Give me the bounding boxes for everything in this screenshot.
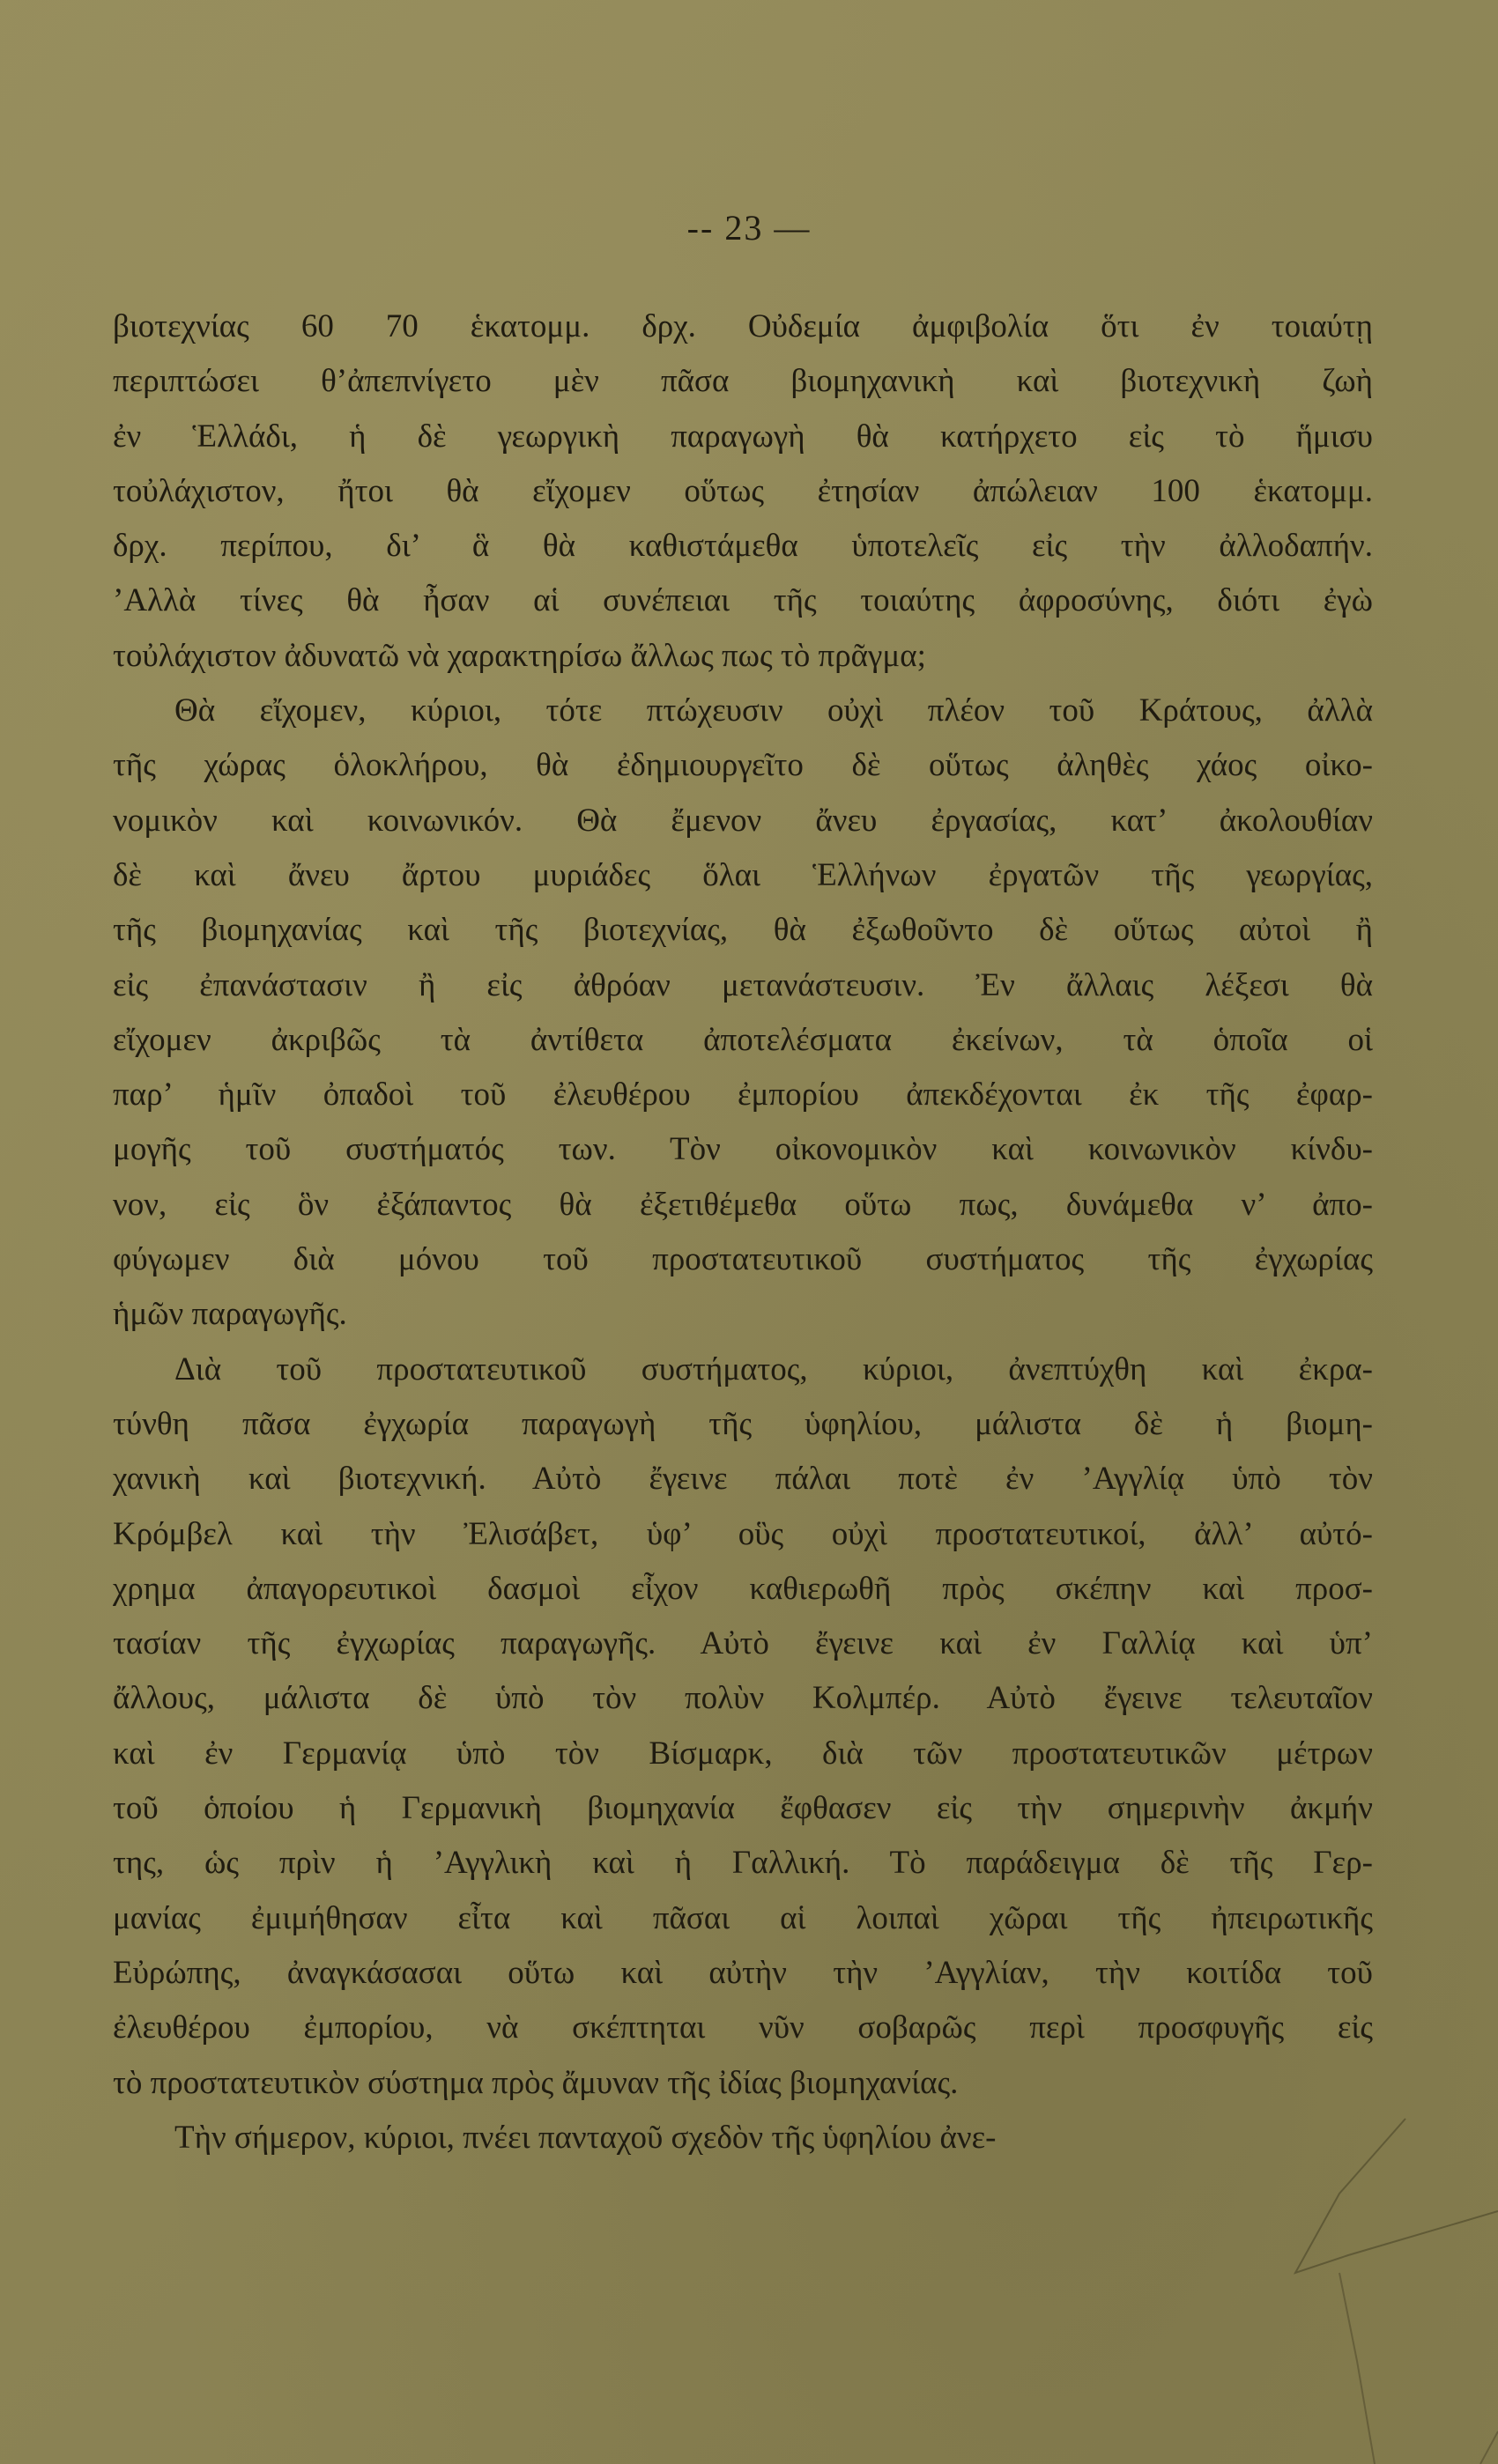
text-line: χρημα ἀπαγορευτικοὶ δασμοὶ εἶχον καθιερω… bbox=[113, 1562, 1373, 1617]
text-line: νον, εἰς ὃν ἐξάπαντος θὰ ἐξετιθέμεθα οὕτ… bbox=[113, 1178, 1373, 1232]
text-line: βιοτεχνίας 60 70 ἑκατομμ. δρχ. Οὐδεμία ἀ… bbox=[113, 300, 1373, 354]
text-line: νομικὸν καὶ κοινωνικόν. Θὰ ἔμενον ἄνευ ἐ… bbox=[113, 794, 1373, 848]
text-line: ’Αλλὰ τίνες θὰ ἦσαν αἱ συνέπειαι τῆς τοι… bbox=[113, 573, 1373, 628]
paragraph-end-line: τὸ προστατευτικὸν σύστημα πρὸς ἄμυναν τῆ… bbox=[113, 2056, 1373, 2111]
text-line: τῆς βιομηχανίας καὶ τῆς βιοτεχνίας, θὰ ἐ… bbox=[113, 903, 1373, 958]
text-line: της, ὡς πρὶν ἡ ’Αγγλικὴ καὶ ἡ Γαλλική. Τ… bbox=[113, 1836, 1373, 1891]
text-line: ἄλλους, μάλιστα δὲ ὑπὸ τὸν πολὺν Κολμπέρ… bbox=[113, 1671, 1373, 1726]
text-line: τῆς χώρας ὁλοκλήρου, θὰ ἐδημιουργεῖτο δὲ… bbox=[113, 738, 1373, 793]
text-line: ἐλευθέρου ἐμπορίου, νὰ σκέπτηται νῦν σοβ… bbox=[113, 2001, 1373, 2055]
text-line: φύγωμεν διὰ μόνου τοῦ προστατευτικοῦ συσ… bbox=[113, 1232, 1373, 1287]
text-line: χανικὴ καὶ βιοτεχνική. Αὐτὸ ἔγεινε πάλαι… bbox=[113, 1452, 1373, 1506]
text-line: περιπτώσει θ’ἀπεπνίγετο μὲν πᾶσα βιομηχα… bbox=[113, 354, 1373, 409]
text-line: καὶ ἐν Γερμανίᾳ ὑπὸ τὸν Βίσμαρκ, διὰ τῶν… bbox=[113, 1727, 1373, 1781]
paragraph-start-line: Διὰ τοῦ προστατευτικοῦ συστήματος, κύριο… bbox=[113, 1343, 1373, 1397]
text-line: Κρόμβελ καὶ τὴν Ἐλισάβετ, ὑφ’ οὓς οὐχὶ π… bbox=[113, 1507, 1373, 1562]
text-line: μανίας ἐμιμήθησαν εἶτα καὶ πᾶσαι αἱ λοιπ… bbox=[113, 1891, 1373, 1946]
text-line: εἰς ἐπανάστασιν ἢ εἰς ἀθρόαν μετανάστευσ… bbox=[113, 958, 1373, 1013]
text-line: παρ’ ἡμῖν ὀπαδοὶ τοῦ ἐλευθέρου ἐμπορίου … bbox=[113, 1068, 1373, 1122]
text-line: τύνθη πᾶσα ἐγχωρία παραγωγὴ τῆς ὑφηλίου,… bbox=[113, 1397, 1373, 1452]
body-text: βιοτεχνίας 60 70 ἑκατομμ. δρχ. Οὐδεμία ἀ… bbox=[113, 300, 1373, 2165]
text-line: μογῆς τοῦ συστήματός των. Τὸν οἰκονομικὸ… bbox=[113, 1122, 1373, 1177]
text-line: τοῦ ὁποίου ἡ Γερμανικὴ βιομηχανία ἔφθασε… bbox=[113, 1781, 1373, 1836]
paragraph-end-line: ἡμῶν παραγωγῆς. bbox=[113, 1287, 1373, 1342]
page-number: -- 23 — bbox=[0, 207, 1498, 248]
text-line: δὲ καὶ ἄνευ ἄρτου μυριάδες ὅλαι Ἑλλήνων … bbox=[113, 848, 1373, 903]
text-line: ἐν Ἑλλάδι, ἡ δὲ γεωργικὴ παραγωγὴ θὰ κατ… bbox=[113, 410, 1373, 464]
text-line: δρχ. περίπου, δι’ ἃ θὰ καθιστάμεθα ὑποτε… bbox=[113, 519, 1373, 573]
paragraph-end-line: τοὐλάχιστον ἀδυνατῶ νὰ χαρακτηρίσω ἄλλως… bbox=[113, 629, 1373, 684]
text-line: Εὐρώπης, ἀναγκάσασαι οὕτω καὶ αὐτὴν τὴν … bbox=[113, 1946, 1373, 2001]
text-line: εἴχομεν ἀκριβῶς τὰ ἀντίθετα ἀποτελέσματα… bbox=[113, 1013, 1373, 1068]
paragraph-start-line: Θὰ εἴχομεν, κύριοι, τότε πτώχευσιν οὐχὶ … bbox=[113, 684, 1373, 738]
text-line: τασίαν τῆς ἐγχωρίας παραγωγῆς. Αὐτὸ ἔγει… bbox=[113, 1617, 1373, 1671]
paragraph-start-line: Τὴν σήμερον, κύριοι, πνέει πανταχοῦ σχεδ… bbox=[113, 2111, 1373, 2165]
text-line: τοὐλάχιστον, ἤτοι θὰ εἴχομεν οὕτως ἐτησί… bbox=[113, 464, 1373, 519]
